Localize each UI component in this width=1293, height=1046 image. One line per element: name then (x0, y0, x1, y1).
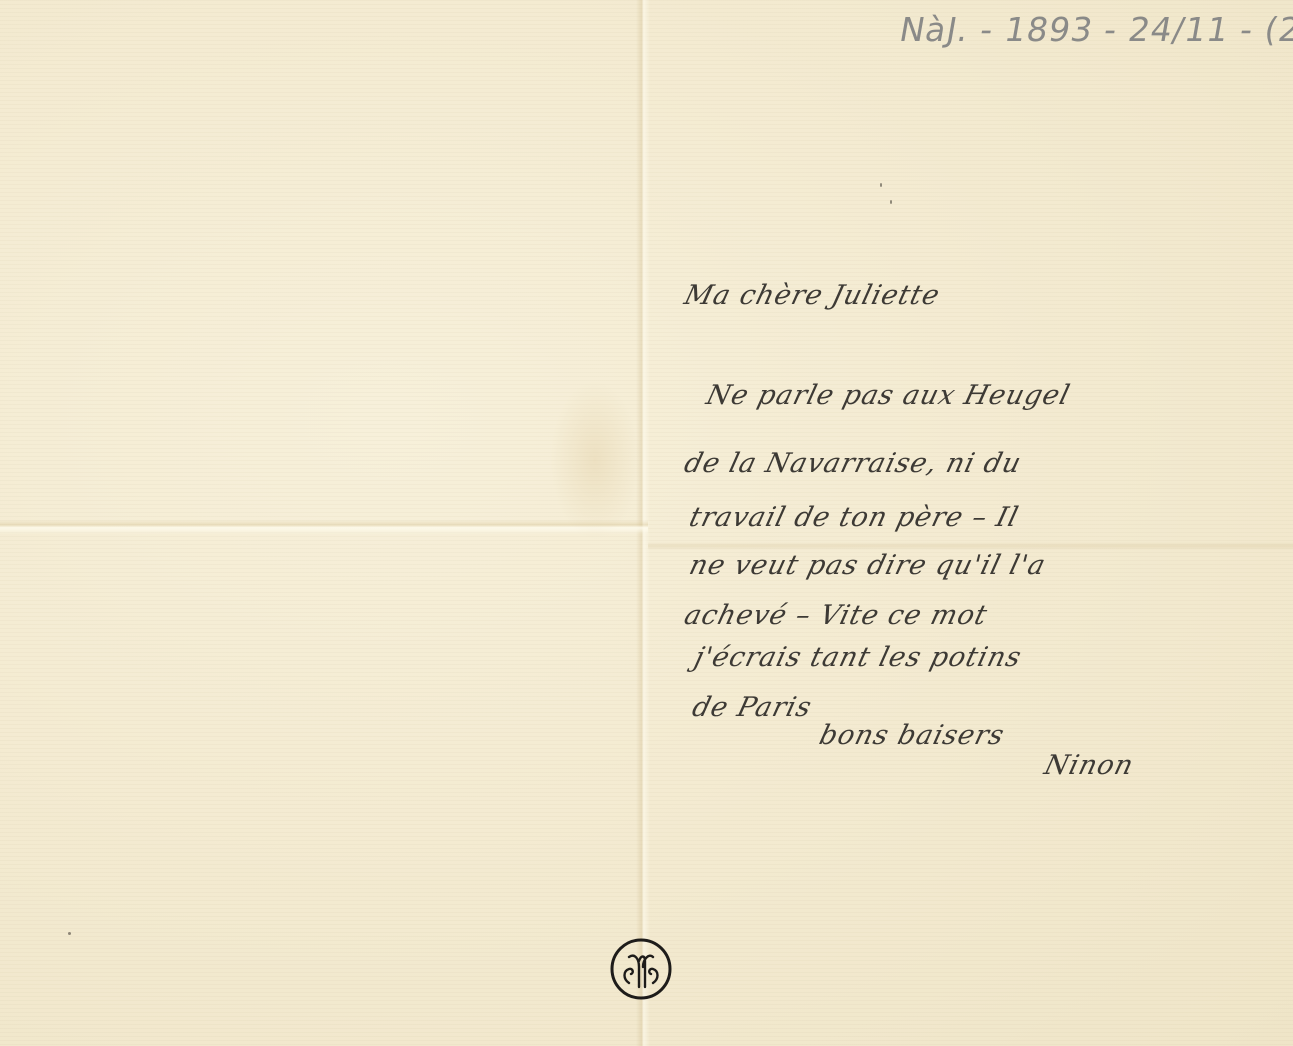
paper-stain (550, 380, 640, 540)
letter-line: j'écrais tant les potins (691, 642, 1025, 673)
letter-line: ne veut pas dire qu'il l'a (686, 550, 1049, 581)
letter-line: Ne parle pas aux Heugel (703, 380, 1073, 411)
letter-line: travail de ton père – Il (686, 502, 1022, 533)
horizontal-fold-crease-right (648, 542, 1293, 550)
letter-page: NàJ. - 1893 - 24/11 - (2) Ma chère Julie… (0, 0, 1293, 1046)
paper-speck (880, 183, 882, 187)
archive-reference: NàJ. - 1893 - 24/11 - (2) (897, 10, 1293, 49)
closing: bons baisers (816, 720, 1008, 751)
paper-speck (68, 932, 71, 935)
paper-speck (890, 200, 892, 204)
salutation: Ma chère Juliette (681, 280, 943, 311)
monogram-seal-icon (609, 937, 673, 1001)
signature: Ninon (1041, 750, 1137, 781)
letter-line: achevé – Vite ce mot (681, 600, 991, 631)
letter-line: de Paris (689, 692, 815, 723)
letter-line: de la Navarraise, ni du (681, 448, 1025, 479)
